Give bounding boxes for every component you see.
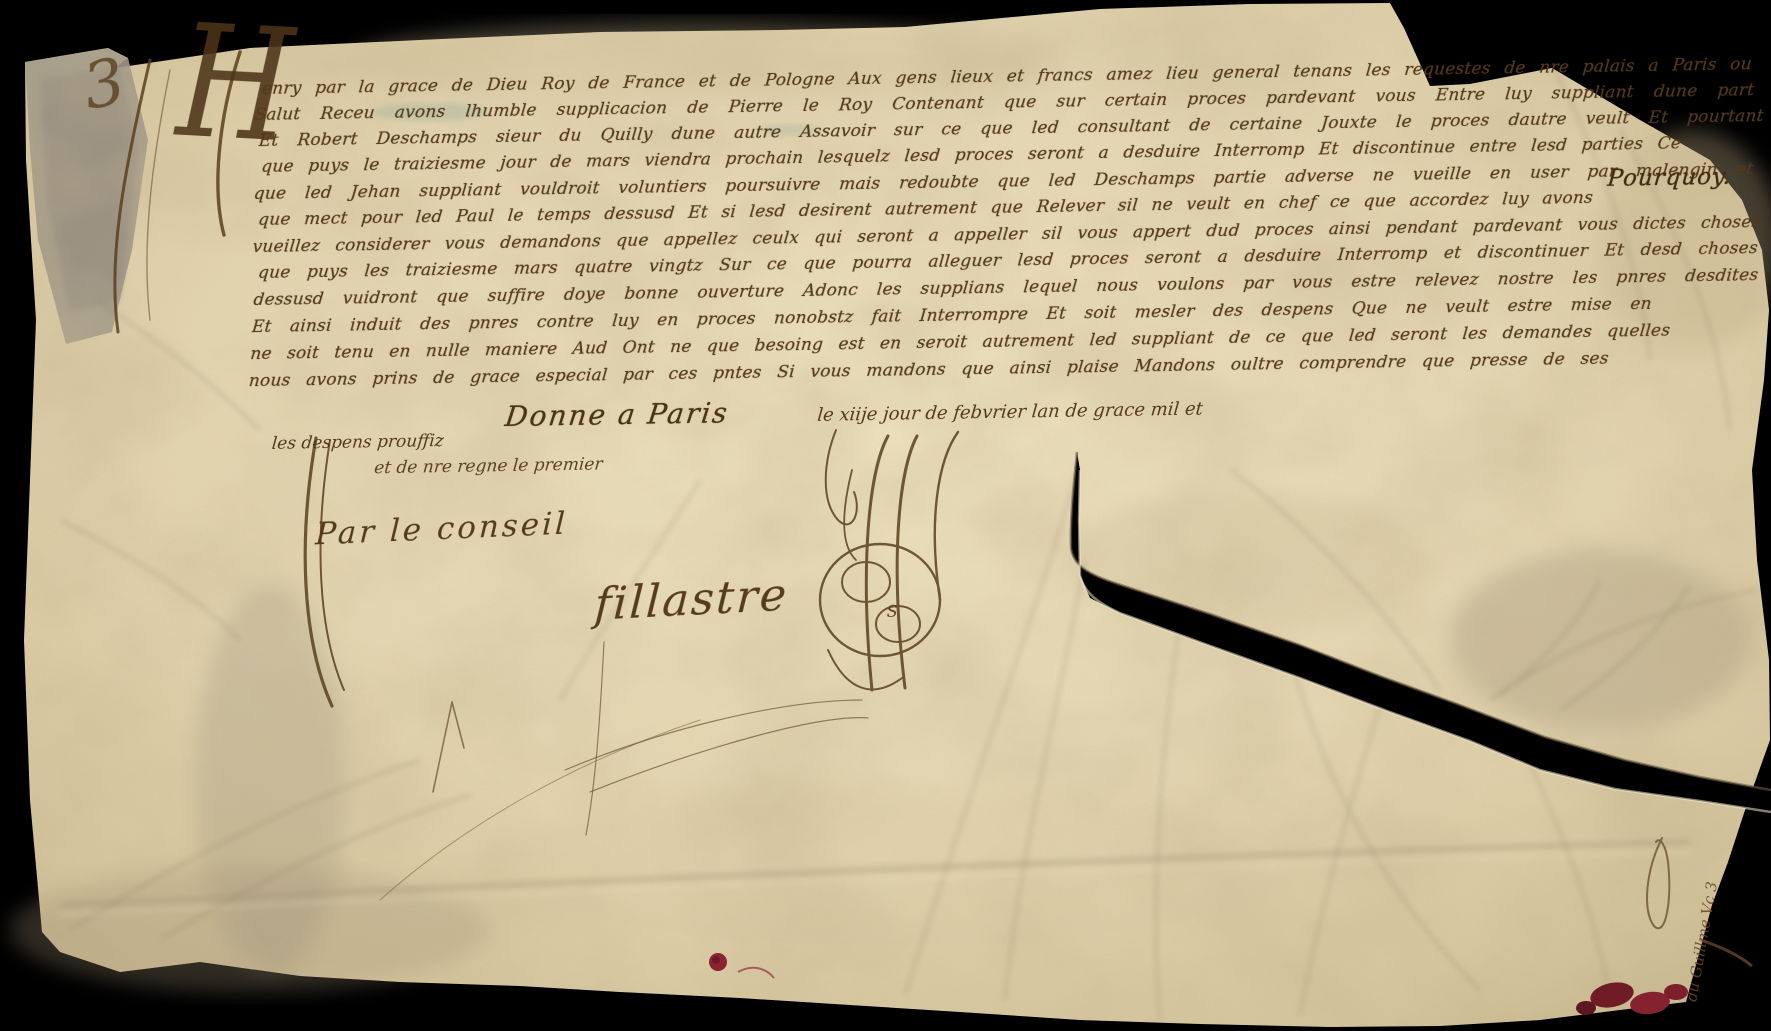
- parchment: [0, 0, 1771, 1031]
- parchment-sheet: [10, 3, 1771, 1027]
- manuscript-photo: 3 H enry par la grace de Dieu Roy de Fra…: [0, 0, 1771, 1031]
